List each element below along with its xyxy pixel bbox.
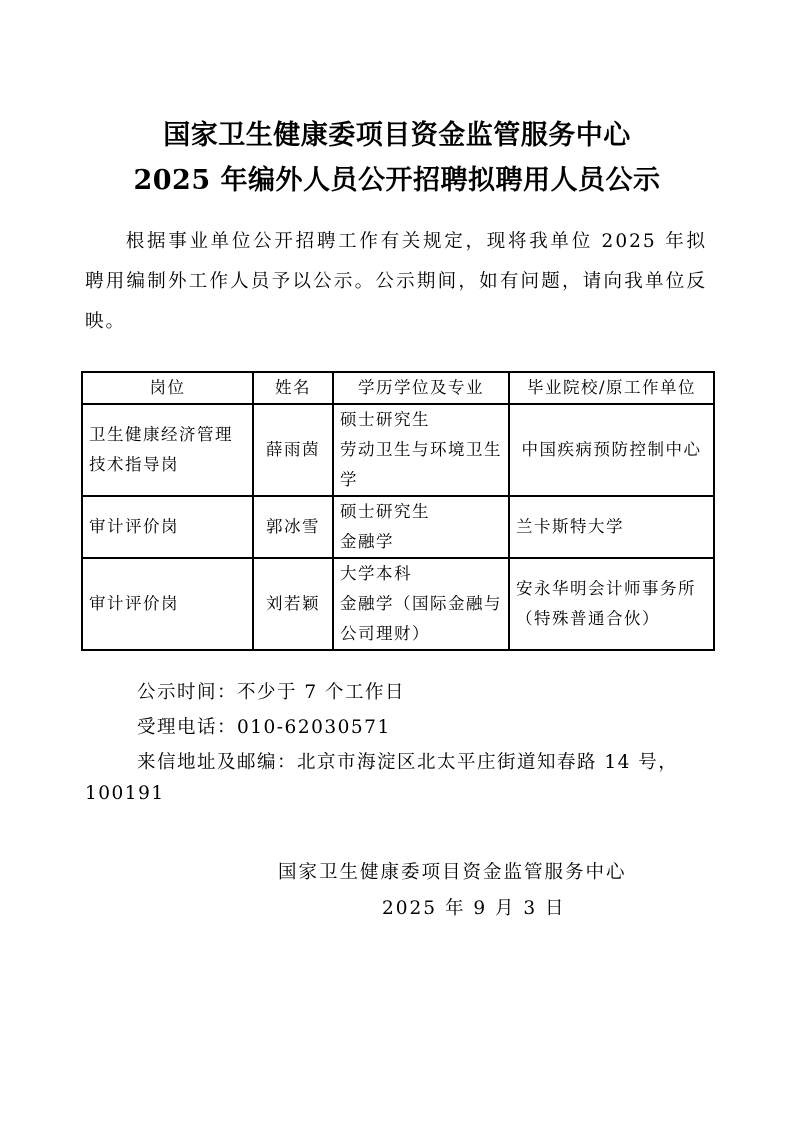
intro-text: 根据事业单位公开招聘工作有关规定，现将我单位 2025 年拟聘用编制外工作人员予… — [85, 231, 707, 332]
education-major: 金融学 — [340, 527, 502, 557]
postal-code: 100191 — [85, 783, 165, 804]
publicity-period: 公示时间：不少于 7 个工作日 — [85, 678, 405, 704]
mailing-address: 来信地址及邮编：北京市海淀区北太平庄街道知春路 14 号， — [85, 748, 678, 774]
table-row: 审计评价岗 郭冰雪 硕士研究生金融学 兰卡斯特大学 — [82, 496, 714, 558]
cell-name: 薛雨茵 — [253, 404, 333, 496]
education-degree: 硕士研究生 — [340, 497, 502, 527]
cell-education: 硕士研究生劳动卫生与环境卫生学 — [333, 404, 509, 496]
cell-name: 刘若颖 — [253, 558, 333, 650]
publicity-period-text: 公示时间：不少于 7 个工作日 — [137, 682, 405, 703]
cell-institution: 安永华明会计师事务所（特殊普通合伙） — [509, 558, 714, 650]
signature-date: 2025 年 9 月 3 日 — [382, 894, 566, 920]
header-position: 岗位 — [82, 372, 253, 404]
signature-organization: 国家卫生健康委项目资金监管服务中心 — [278, 858, 627, 884]
mailing-address-text: 来信地址及邮编：北京市海淀区北太平庄街道知春路 14 号， — [137, 752, 678, 773]
education-degree: 大学本科 — [340, 559, 502, 589]
header-institution: 毕业院校/原工作单位 — [509, 372, 714, 404]
contact-phone: 受理电话：010-62030571 — [85, 713, 391, 739]
table-row: 审计评价岗 刘若颖 大学本科金融学（国际金融与公司理财） 安永华明会计师事务所（… — [82, 558, 714, 650]
table-header-row: 岗位 姓名 学历学位及专业 毕业院校/原工作单位 — [82, 372, 714, 404]
table-row: 卫生健康经济管理技术指导岗 薛雨茵 硕士研究生劳动卫生与环境卫生学 中国疾病预防… — [82, 404, 714, 496]
cell-position: 卫生健康经济管理技术指导岗 — [82, 404, 253, 496]
contact-phone-text: 受理电话：010-62030571 — [137, 717, 391, 738]
intro-paragraph: 根据事业单位公开招聘工作有关规定，现将我单位 2025 年拟聘用编制外工作人员予… — [85, 222, 707, 342]
education-major: 劳动卫生与环境卫生学 — [340, 435, 502, 495]
cell-education: 大学本科金融学（国际金融与公司理财） — [333, 558, 509, 650]
cell-position: 审计评价岗 — [82, 496, 253, 558]
cell-education: 硕士研究生金融学 — [333, 496, 509, 558]
document-title-line2: 2025 年编外人员公开招聘拟聘用人员公示 — [0, 158, 794, 197]
candidates-table: 岗位 姓名 学历学位及专业 毕业院校/原工作单位 卫生健康经济管理技术指导岗 薛… — [81, 371, 715, 651]
education-degree: 硕士研究生 — [340, 405, 502, 435]
document-title-line1: 国家卫生健康委项目资金监管服务中心 — [0, 113, 794, 152]
header-name: 姓名 — [253, 372, 333, 404]
cell-name: 郭冰雪 — [253, 496, 333, 558]
cell-position: 审计评价岗 — [82, 558, 253, 650]
cell-institution: 中国疾病预防控制中心 — [509, 404, 714, 496]
cell-institution: 兰卡斯特大学 — [509, 496, 714, 558]
header-education: 学历学位及专业 — [333, 372, 509, 404]
education-major: 金融学（国际金融与公司理财） — [340, 589, 502, 649]
